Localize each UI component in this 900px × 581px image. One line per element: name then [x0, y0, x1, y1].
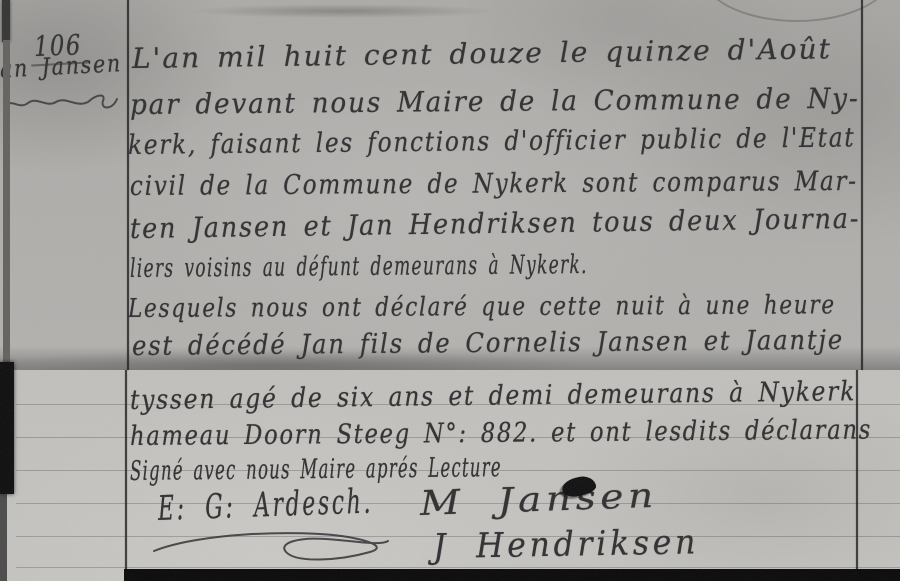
act-line-4: civil de la Commune de Nykerk sont compa…	[130, 166, 858, 202]
film-edge-top	[2, 0, 10, 42]
signature-flourish	[148, 521, 392, 565]
margin-flourish	[2, 88, 122, 118]
signature-witness-2: J Hendriksen	[433, 522, 700, 567]
act-line-2: par devant nous Maire de la Commune de N…	[130, 82, 860, 121]
right-column-rule-upper	[861, 0, 863, 370]
act-line-8: est décédé Jan fils de Cornelis Jansen e…	[132, 325, 844, 362]
scanned-register-photo: 106 Jan Jansen L'an mil huit cent douze …	[0, 0, 900, 581]
signature-witness-1: M Jansen	[419, 476, 658, 524]
film-bar-bottom	[124, 569, 900, 581]
film-edge-mid	[3, 40, 10, 364]
film-edge-black	[0, 362, 14, 494]
act-line-11: Signé avec nous Maire aprés Lecture	[130, 452, 502, 487]
act-line-7: Lesquels nous ont déclaré que cette nuit…	[128, 290, 836, 324]
act-line-10: hameau Doorn Steeg N°: 882. et ont lesdi…	[130, 415, 872, 452]
ruled-line	[16, 567, 900, 568]
margin-column-rule-lower	[125, 370, 127, 581]
film-edge-bottom	[0, 494, 7, 581]
act-line-6: liers voisins au défunt demeurans à Nyke…	[130, 250, 588, 284]
